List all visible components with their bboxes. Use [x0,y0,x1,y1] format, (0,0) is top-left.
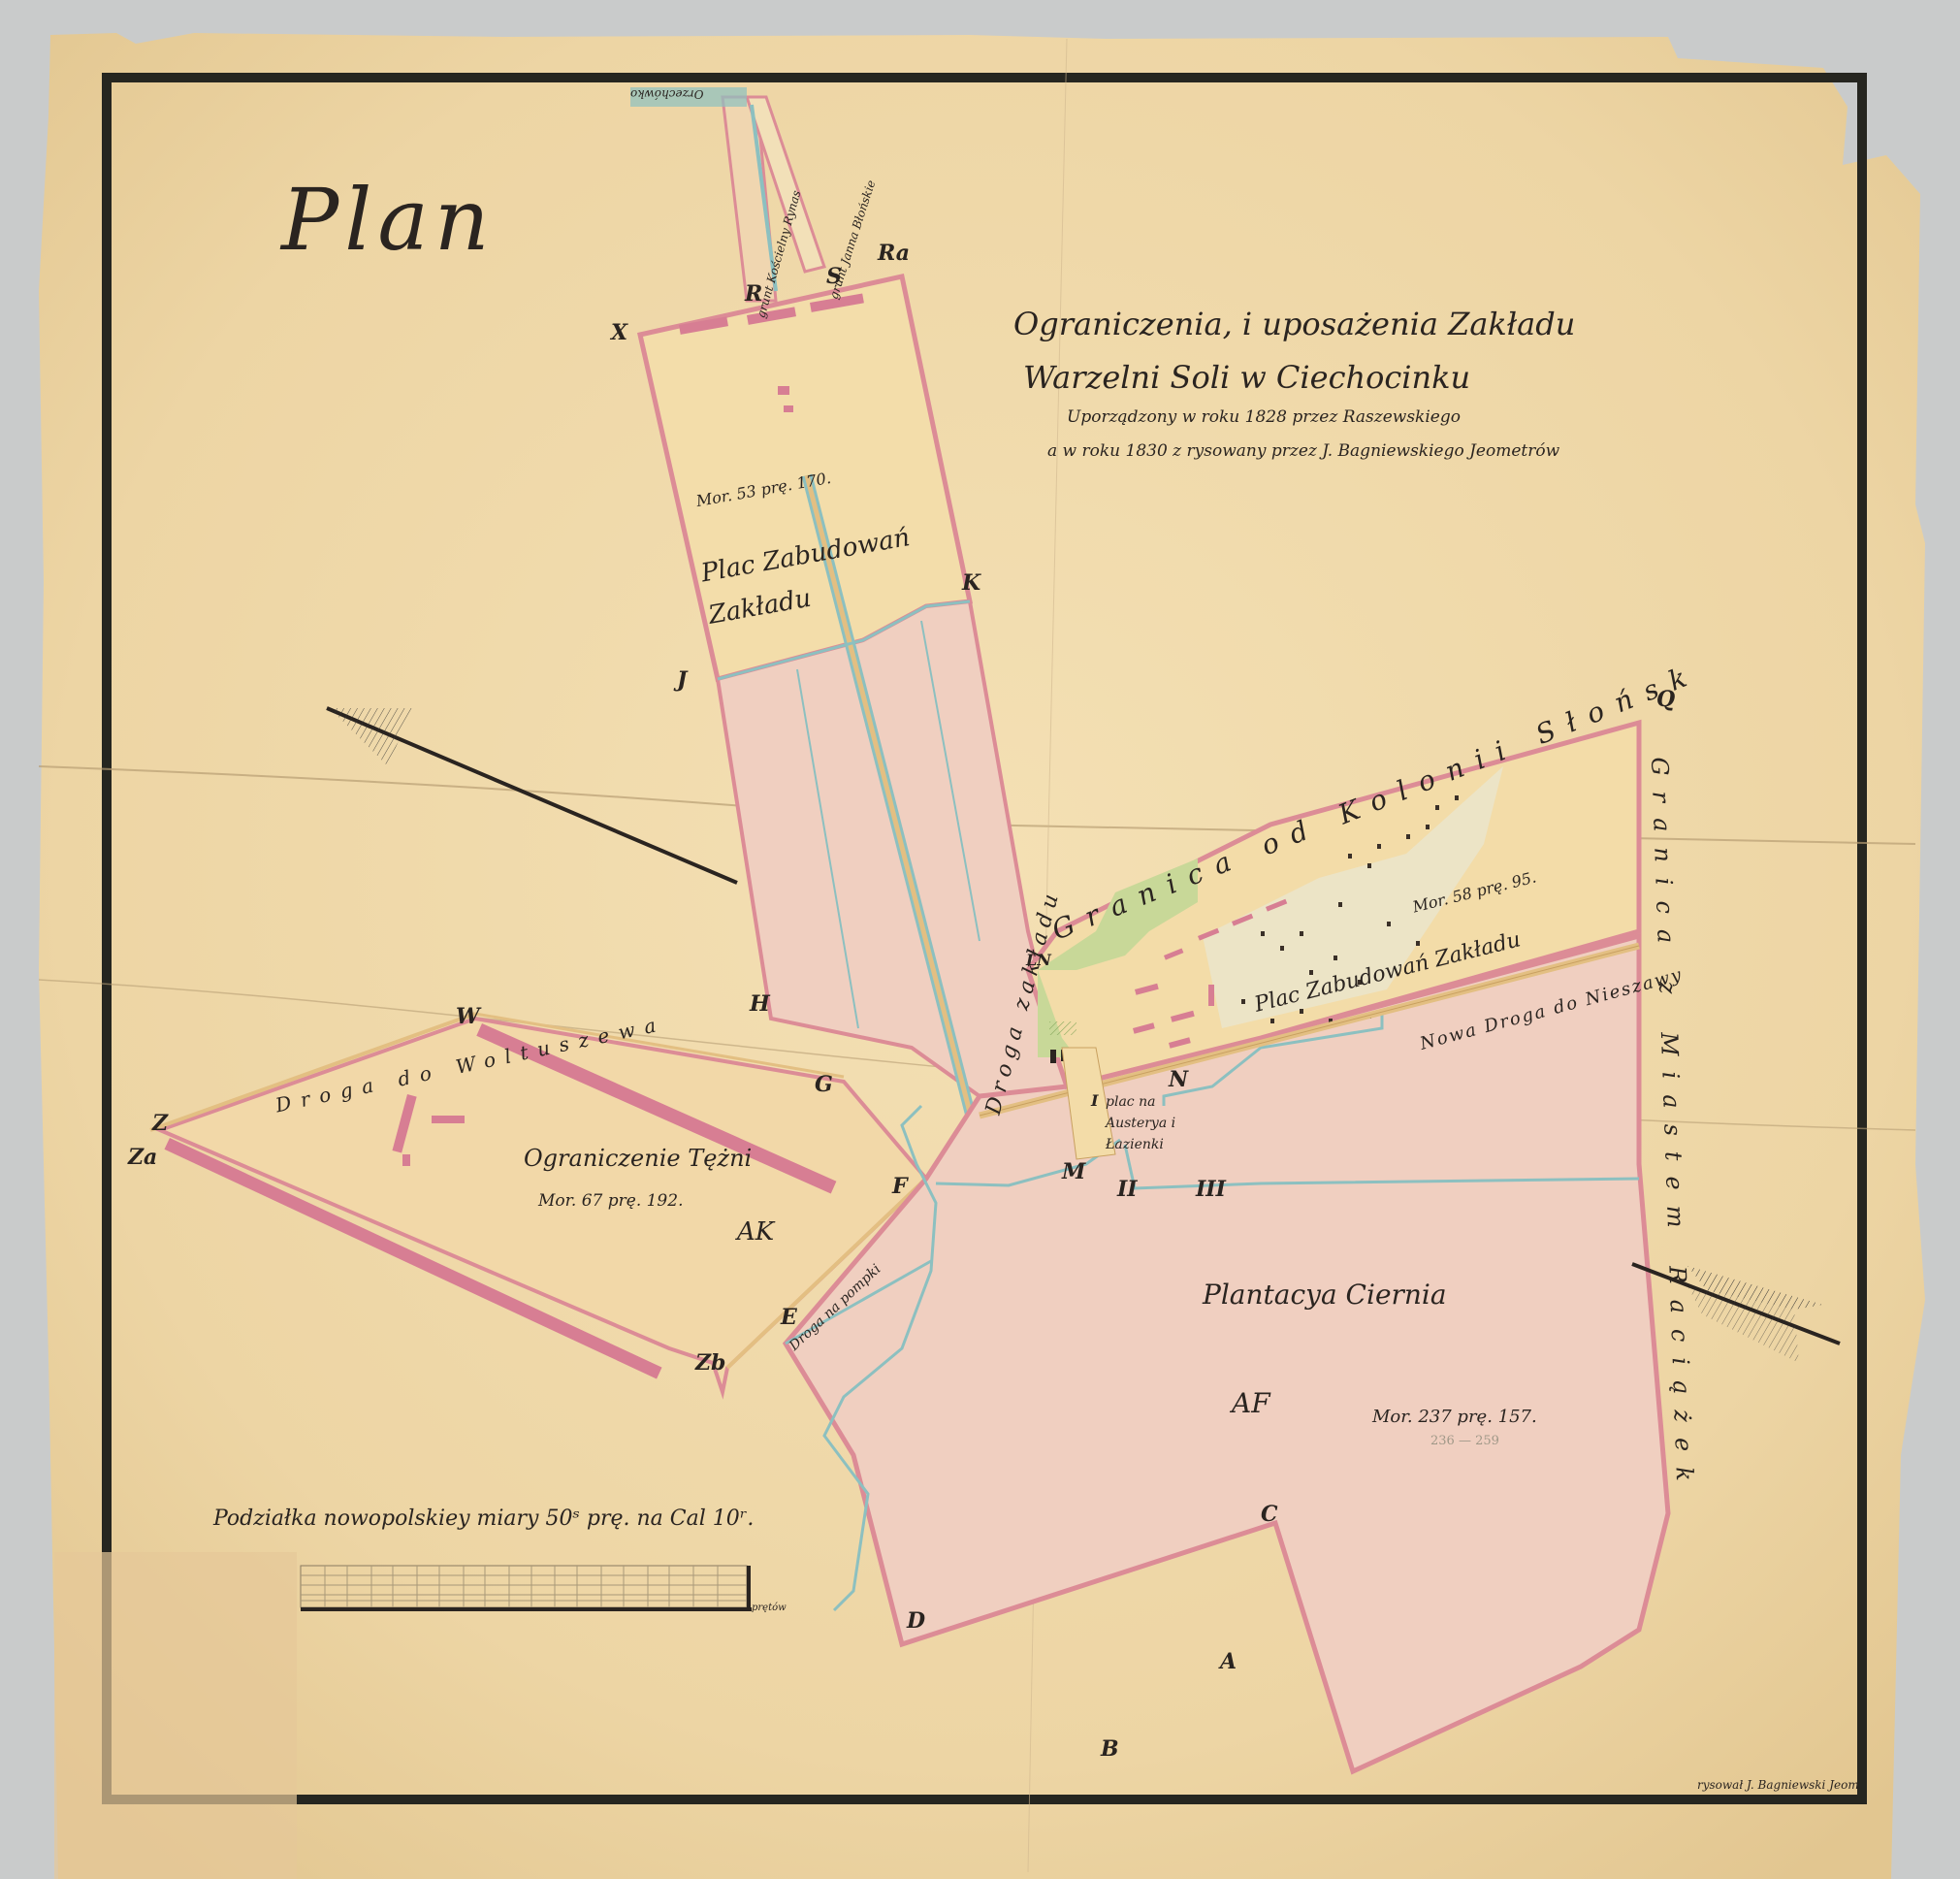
map-title: Plan [281,170,496,270]
point-S: S [826,264,842,289]
area-west-size: Mor. 67 prę. 192. [538,1191,683,1211]
area-inn: plac na Austerya i Łazienki [1106,1091,1183,1155]
point-Za: Za [128,1145,157,1170]
point-H: H [750,991,770,1017]
point-X: X [611,320,627,345]
map-sheet: Plan Ograniczenia, i uposażenia Zakładu … [0,0,1960,1879]
title-line-3: Uporządzony w roku 1828 przez Raszewskie… [1067,407,1461,427]
pencil-annotation: 236 — 259 [1430,1434,1499,1448]
scale-caption: Podziałka nowopolskiey miary 50ˢ prę. na… [213,1506,754,1531]
point-F: F [892,1174,908,1199]
point-D: D [907,1608,925,1634]
point-Z: Z [152,1111,168,1136]
point-E: E [781,1305,797,1330]
area-south-code: AF [1232,1387,1270,1419]
point-LN: LN [1026,951,1051,969]
title-line-2: Warzelni Soli w Ciechocinku [1023,359,1470,396]
area-west-code: AK [737,1217,774,1247]
point-A: A [1220,1649,1237,1674]
title-line-4: a w roku 1830 z rysowany przez J. Bagnie… [1047,441,1559,461]
point-G: G [815,1072,833,1097]
point-II: II [1117,1177,1138,1202]
area-south-name: Plantacya Ciernia [1203,1279,1447,1311]
point-Ra: Ra [878,241,910,266]
point-K: K [962,570,980,596]
point-III: III [1196,1177,1226,1202]
point-I: I [1091,1091,1098,1110]
point-W: W [456,1004,480,1029]
point-N: N [1169,1067,1188,1092]
signature: rysował J. Bagniewski Jeom. [1697,1778,1863,1792]
point-R: R [745,281,762,307]
area-west-name: Ograniczenie Tężni [524,1145,752,1172]
area-south-size: Mor. 237 prę. 157. [1372,1407,1537,1427]
point-J: J [677,667,687,693]
point-B: B [1101,1736,1119,1762]
scale-unit: prętów [752,1603,787,1613]
point-Q: Q [1656,687,1675,712]
point-M: M [1062,1159,1085,1184]
title-line-1: Ograniczenia, i uposażenia Zakładu [1013,306,1575,342]
point-Zb: Zb [695,1350,725,1376]
point-C: C [1261,1502,1278,1527]
road-north-top: Orzechówko [630,87,703,101]
